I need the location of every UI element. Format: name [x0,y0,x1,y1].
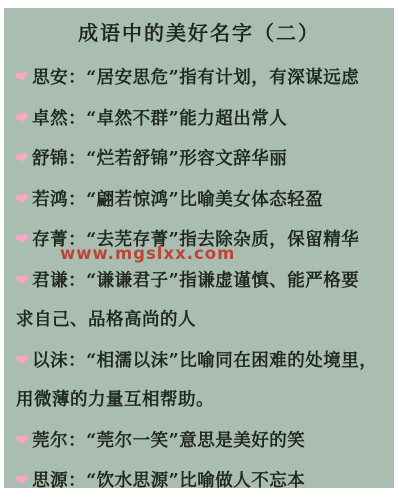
idiom-name-list: ❤思安：“居安思危”指有计划，有深谋远虑 ❤卓然：“卓然不群”能力超出常人 ❤舒… [4,58,394,488]
page-title: 成语中的美好名字（二） [4,20,394,46]
list-item: ❤若鸿：“翩若惊鸿”比喻美女体态轻盈 [16,180,386,221]
heart-icon: ❤ [11,419,34,461]
heart-icon: ❤ [11,219,34,261]
item-text: 卓然：“卓然不群”能力超出常人 [32,109,287,129]
heart-icon: ❤ [11,97,34,139]
list-item: ❤存菁：“去芜存菁”指去除杂质，保留精华 [16,220,386,261]
item-text: 莞尔：“莞尔一笑”意思是美好的笑 [32,431,305,451]
list-item: ❤君谦：“谦谦君子”指谦虚谨慎、能严格要 求自己、品格高尚的人 [16,261,386,341]
list-item: ❤卓然：“卓然不群”能力超出常人 [16,99,386,140]
heart-icon: ❤ [11,259,34,301]
list-item: ❤莞尔：“莞尔一笑”意思是美好的笑 [16,421,386,462]
list-item: ❤思源：“饮水思源”比喻做人不忘本 [16,461,386,488]
item-text: 存菁：“去芜存菁”指去除杂质，保留精华 [32,230,359,250]
item-text: 以沫：“相濡以沫”比喻同在困难的处境里， [32,351,377,371]
list-item: ❤舒锦：“烂若舒锦”形容文辞华丽 [16,139,386,180]
item-text: 思安：“居安思危”指有计划，有深谋远虑 [32,68,359,88]
item-text: 君谦：“谦谦君子”指谦虚谨慎、能严格要 [32,271,359,291]
heart-icon: ❤ [11,178,34,220]
item-text-continuation: 求自己、品格高尚的人 [16,301,386,341]
heart-icon: ❤ [11,57,34,99]
item-text-continuation: 用微薄的力量互相帮助。 [16,381,386,421]
list-item: ❤以沫：“相濡以沫”比喻同在困难的处境里， 用微薄的力量互相帮助。 [16,341,386,421]
heart-icon: ❤ [11,460,34,488]
content-panel: 成语中的美好名字（二） www.mgslxx.com ❤思安：“居安思危”指有计… [4,8,394,488]
heart-icon: ❤ [11,339,34,381]
heart-icon: ❤ [11,138,34,180]
list-item: ❤思安：“居安思危”指有计划，有深谋远虑 [16,58,386,99]
item-text: 舒锦：“烂若舒锦”形容文辞华丽 [32,149,287,169]
item-text: 若鸿：“翩若惊鸿”比喻美女体态轻盈 [32,190,323,210]
document-page: 成语中的美好名字（二） www.mgslxx.com ❤思安：“居安思危”指有计… [0,0,399,500]
item-text: 思源：“饮水思源”比喻做人不忘本 [32,471,305,488]
